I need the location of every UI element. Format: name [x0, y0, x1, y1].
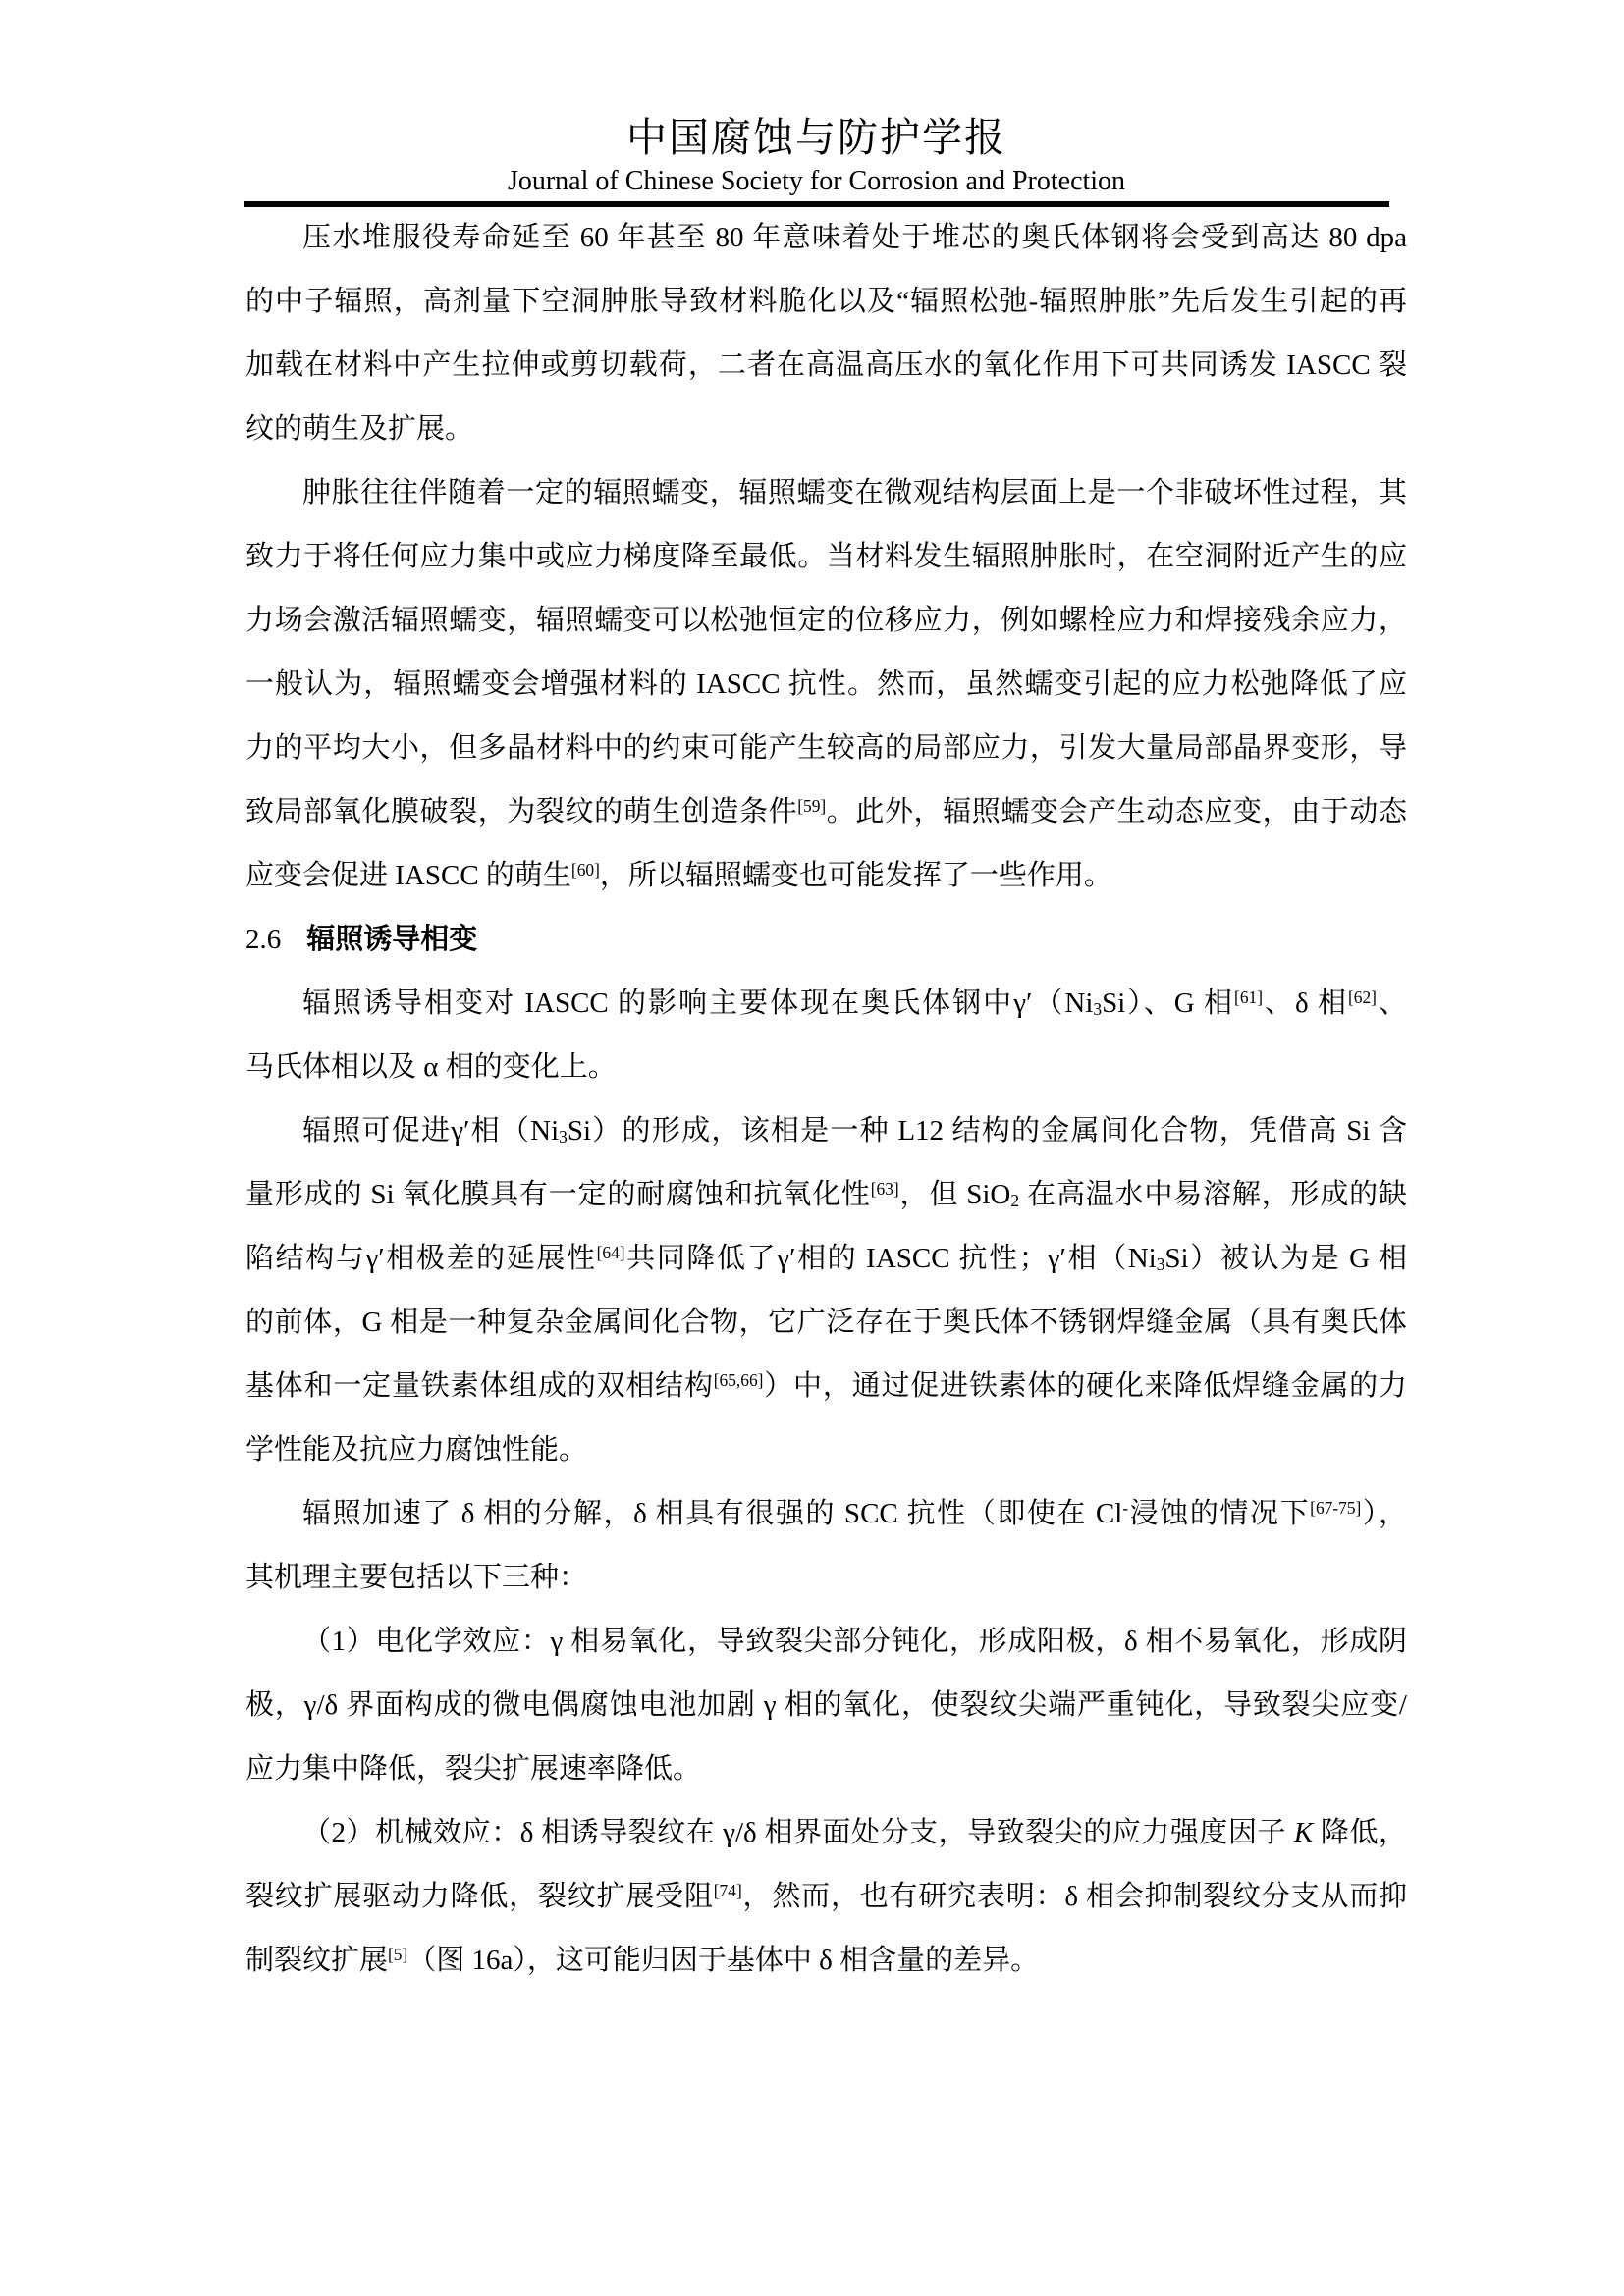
citation-ref: [59]: [797, 796, 826, 816]
journal-title-cn: 中国腐蚀与防护学报: [244, 112, 1389, 163]
text-line: 辐照诱导相变对 IASCC 的影响主要体现在奥氏体钢中γ′（Ni3Si）、G 相…: [245, 972, 1407, 1036]
section-number: 2.6: [245, 924, 281, 955]
text-line: 加载在材料中产生拉伸或剪切载荷，二者在高温高压水的氧化作用下可共同诱发 IASC…: [245, 334, 1407, 398]
text-line: 马氏体相以及 α 相的变化上。: [245, 1036, 1407, 1099]
italic-symbol: K: [1294, 1817, 1313, 1848]
text-line: （1）电化学效应：γ 相易氧化，导致裂尖部分钝化，形成阳极，δ 相不易氧化，形成…: [245, 1610, 1407, 1674]
text-line: 基体和一定量铁素体组成的双相结构[65,66]）中，通过促进铁素体的硬化来降低焊…: [245, 1355, 1407, 1418]
page: 中国腐蚀与防护学报 Journal of Chinese Society for…: [0, 0, 1624, 2296]
citation-ref: [61]: [1234, 988, 1263, 1007]
citation-ref: [62]: [1348, 988, 1377, 1007]
journal-title-en: Journal of Chinese Society for Corrosion…: [244, 165, 1389, 198]
text-line: 陷结构与γ′相极差的延展性[64]共同降低了γ′相的 IASCC 抗性；γ′相（…: [245, 1227, 1407, 1291]
chemical-subscript: 3: [559, 1127, 568, 1147]
citation-ref: [63]: [871, 1179, 899, 1199]
text-line: 力的平均大小，但多晶材料中的约束可能产生较高的局部应力，引发大量局部晶界变形，导: [245, 717, 1407, 780]
text-line: 应变会促进 IASCC 的萌生[60]，所以辐照蠕变也可能发挥了一些作用。: [245, 844, 1407, 908]
document-body: 压水堆服役寿命延至 60 年甚至 80 年意味着处于堆芯的奥氏体钢将会受到高达 …: [245, 206, 1407, 1993]
text-line: 致力于将任何应力集中或应力梯度降至最低。当材料发生辐照肿胀时，在空洞附近产生的应: [245, 525, 1407, 589]
text-line: 其机理主要包括以下三种：: [245, 1546, 1407, 1610]
text-line: 力场会激活辐照蠕变，辐照蠕变可以松弛恒定的位移应力，例如螺栓应力和焊接残余应力，: [245, 589, 1407, 653]
text-line: 压水堆服役寿命延至 60 年甚至 80 年意味着处于堆芯的奥氏体钢将会受到高达 …: [245, 206, 1407, 270]
text-line: 应力集中降低，裂尖扩展速率降低。: [245, 1737, 1407, 1801]
chemical-subscript: 3: [1157, 1255, 1165, 1274]
text-line: 辐照加速了 δ 相的分解，δ 相具有很强的 SCC 抗性（即使在 Cl-浸蚀的情…: [245, 1482, 1407, 1546]
citation-ref: [74]: [714, 1881, 742, 1900]
text-line: 裂纹扩展驱动力降低，裂纹扩展受阻[74]，然而，也有研究表明：δ 相会抑制裂纹分…: [245, 1865, 1407, 1929]
text-line: 的前体，G 相是一种复杂金属间化合物，它广泛存在于奥氏体不锈钢焊缝金属（具有奥氏…: [245, 1291, 1407, 1355]
text-line: 辐照可促进γ′相（Ni3Si）的形成，该相是一种 L12 结构的金属间化合物，凭…: [245, 1099, 1407, 1163]
text-line: 致局部氧化膜破裂，为裂纹的萌生创造条件[59]。此外，辐照蠕变会产生动态应变，由…: [245, 780, 1407, 844]
citation-ref: [5]: [388, 1945, 407, 1964]
section-title: 辐照诱导相变: [306, 924, 477, 955]
text-line: 极，γ/δ 界面构成的微电偶腐蚀电池加剧 γ 相的氧化，使裂纹尖端严重钝化，导致…: [245, 1674, 1407, 1737]
citation-ref: [64]: [597, 1243, 625, 1262]
text-line: （2）机械效应：δ 相诱导裂纹在 γ/δ 相界面处分支，导致裂尖的应力强度因子 …: [245, 1801, 1407, 1865]
section-heading: 2.6辐照诱导相变: [245, 908, 1407, 972]
text-line: 的中子辐照，高剂量下空洞肿胀导致材料脆化以及“辐照松弛-辐照肿胀”先后发生引起的…: [245, 270, 1407, 334]
citation-ref: [65,66]: [714, 1370, 764, 1390]
citation-ref: -: [1122, 1498, 1128, 1518]
chemical-subscript: 3: [1093, 999, 1102, 1019]
text-line: 制裂纹扩展[5]（图 16a），这可能归因于基体中 δ 相含量的差异。: [245, 1929, 1407, 1993]
text-line: 一般认为，辐照蠕变会增强材料的 IASCC 抗性。然而，虽然蠕变引起的应力松弛降…: [245, 653, 1407, 717]
citation-ref: [67-75]: [1310, 1498, 1361, 1518]
chemical-subscript: 2: [1010, 1191, 1019, 1210]
text-line: 量形成的 Si 氧化膜具有一定的耐腐蚀和抗氧化性[63]，但 SiO2 在高温水…: [245, 1163, 1407, 1227]
citation-ref: [60]: [571, 860, 600, 880]
text-line: 纹的萌生及扩展。: [245, 398, 1407, 461]
text-line: 肿胀往往伴随着一定的辐照蠕变，辐照蠕变在微观结构层面上是一个非破坏性过程，其: [245, 461, 1407, 525]
text-line: 学性能及抗应力腐蚀性能。: [245, 1418, 1407, 1482]
